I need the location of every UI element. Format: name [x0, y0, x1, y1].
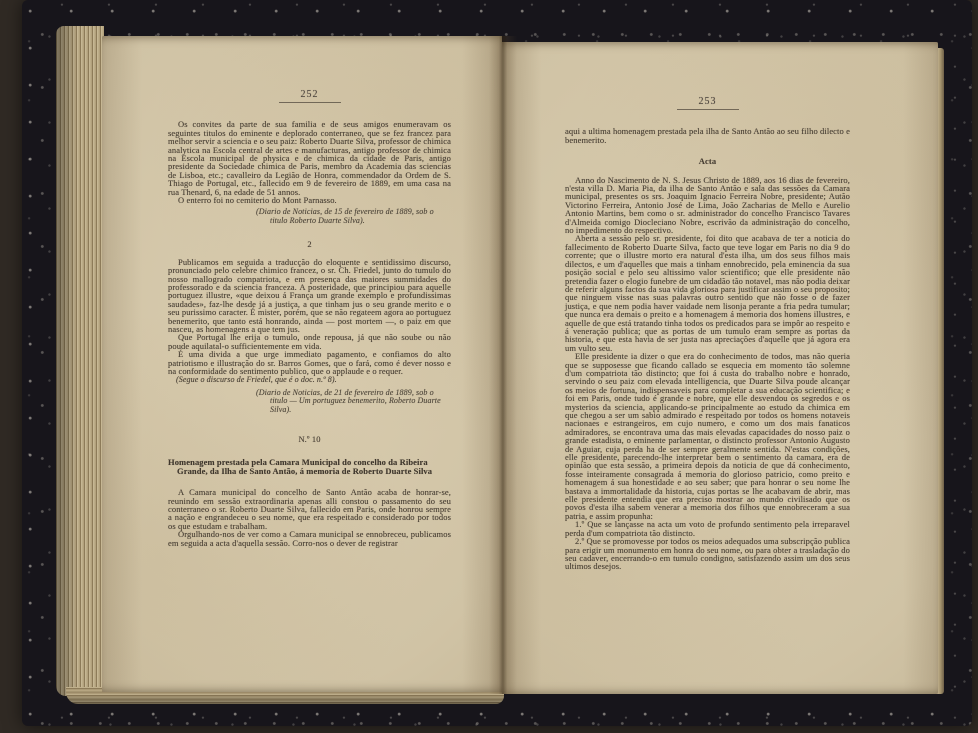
right-page-text-column: 253 aqui a ultima homenagem prestada pel…	[565, 98, 850, 571]
citation-diario-15-feb: (Diario de Noticias, de 15 de fevereiro …	[256, 208, 447, 225]
note-segue-discurso: (Segue o discurso de Friedel, que é o do…	[168, 376, 451, 384]
paragraph-debt: É uma divida a que urge immediato pagame…	[168, 350, 451, 375]
left-page: 252 Os convites da parte de sua familia …	[102, 36, 502, 692]
left-page-number-rule	[279, 102, 341, 103]
left-page-text-column: 252 Os convites da parte de sua familia …	[168, 91, 451, 547]
paragraph-orgulhando: Orgulhando-nos de ver como a Camara muni…	[168, 530, 451, 547]
paragraph-obituary-titles: Os convites da parte de sua familia e de…	[168, 120, 451, 196]
paragraph-friedel-speech: Publicamos em seguida a traducção do elo…	[168, 258, 451, 334]
homage-heading: Homenagem prestada pela Camara Municipal…	[168, 458, 451, 475]
paragraph-president-speech: Elle presidente ia dizer o que era do co…	[565, 352, 850, 520]
acta-heading: Acta	[565, 157, 850, 165]
paragraph-camara-session: A Camara municipal do concelho de Santo …	[168, 488, 451, 530]
citation-diario-21-feb: (Diario de Noticias, de 21 de fevereiro …	[256, 389, 447, 414]
paragraph-burial: O enterro foi no cemiterio do Mont Parna…	[168, 196, 451, 204]
document-number-heading: N.º 10	[168, 435, 451, 443]
right-page-number-rule	[677, 109, 739, 110]
paragraph-session-opened: Aberta a sessão pelo sr. presidente, foi…	[565, 234, 850, 352]
proposal-item-1: 1.º Que se lançasse na acta um voto de p…	[565, 520, 850, 537]
paragraph-acta-opening: Anno do Nascimento de N. S. Jesus Christ…	[565, 176, 850, 235]
left-page-number: 252	[168, 91, 451, 99]
right-page: 253 aqui a ultima homenagem prestada pel…	[502, 42, 938, 694]
section-number-2: 2	[168, 240, 451, 248]
right-page-number: 253	[565, 98, 850, 106]
paragraph-continuation: aqui a ultima homenagem prestada pela il…	[565, 127, 850, 144]
paragraph-tomb: Que Portugal lhe erija o tumulo, onde re…	[168, 333, 451, 350]
page-stack-left-edge	[56, 26, 104, 696]
proposal-item-2: 2.º Que se promovesse por todos os meios…	[565, 537, 850, 571]
book-gutter-shadow	[489, 36, 517, 694]
